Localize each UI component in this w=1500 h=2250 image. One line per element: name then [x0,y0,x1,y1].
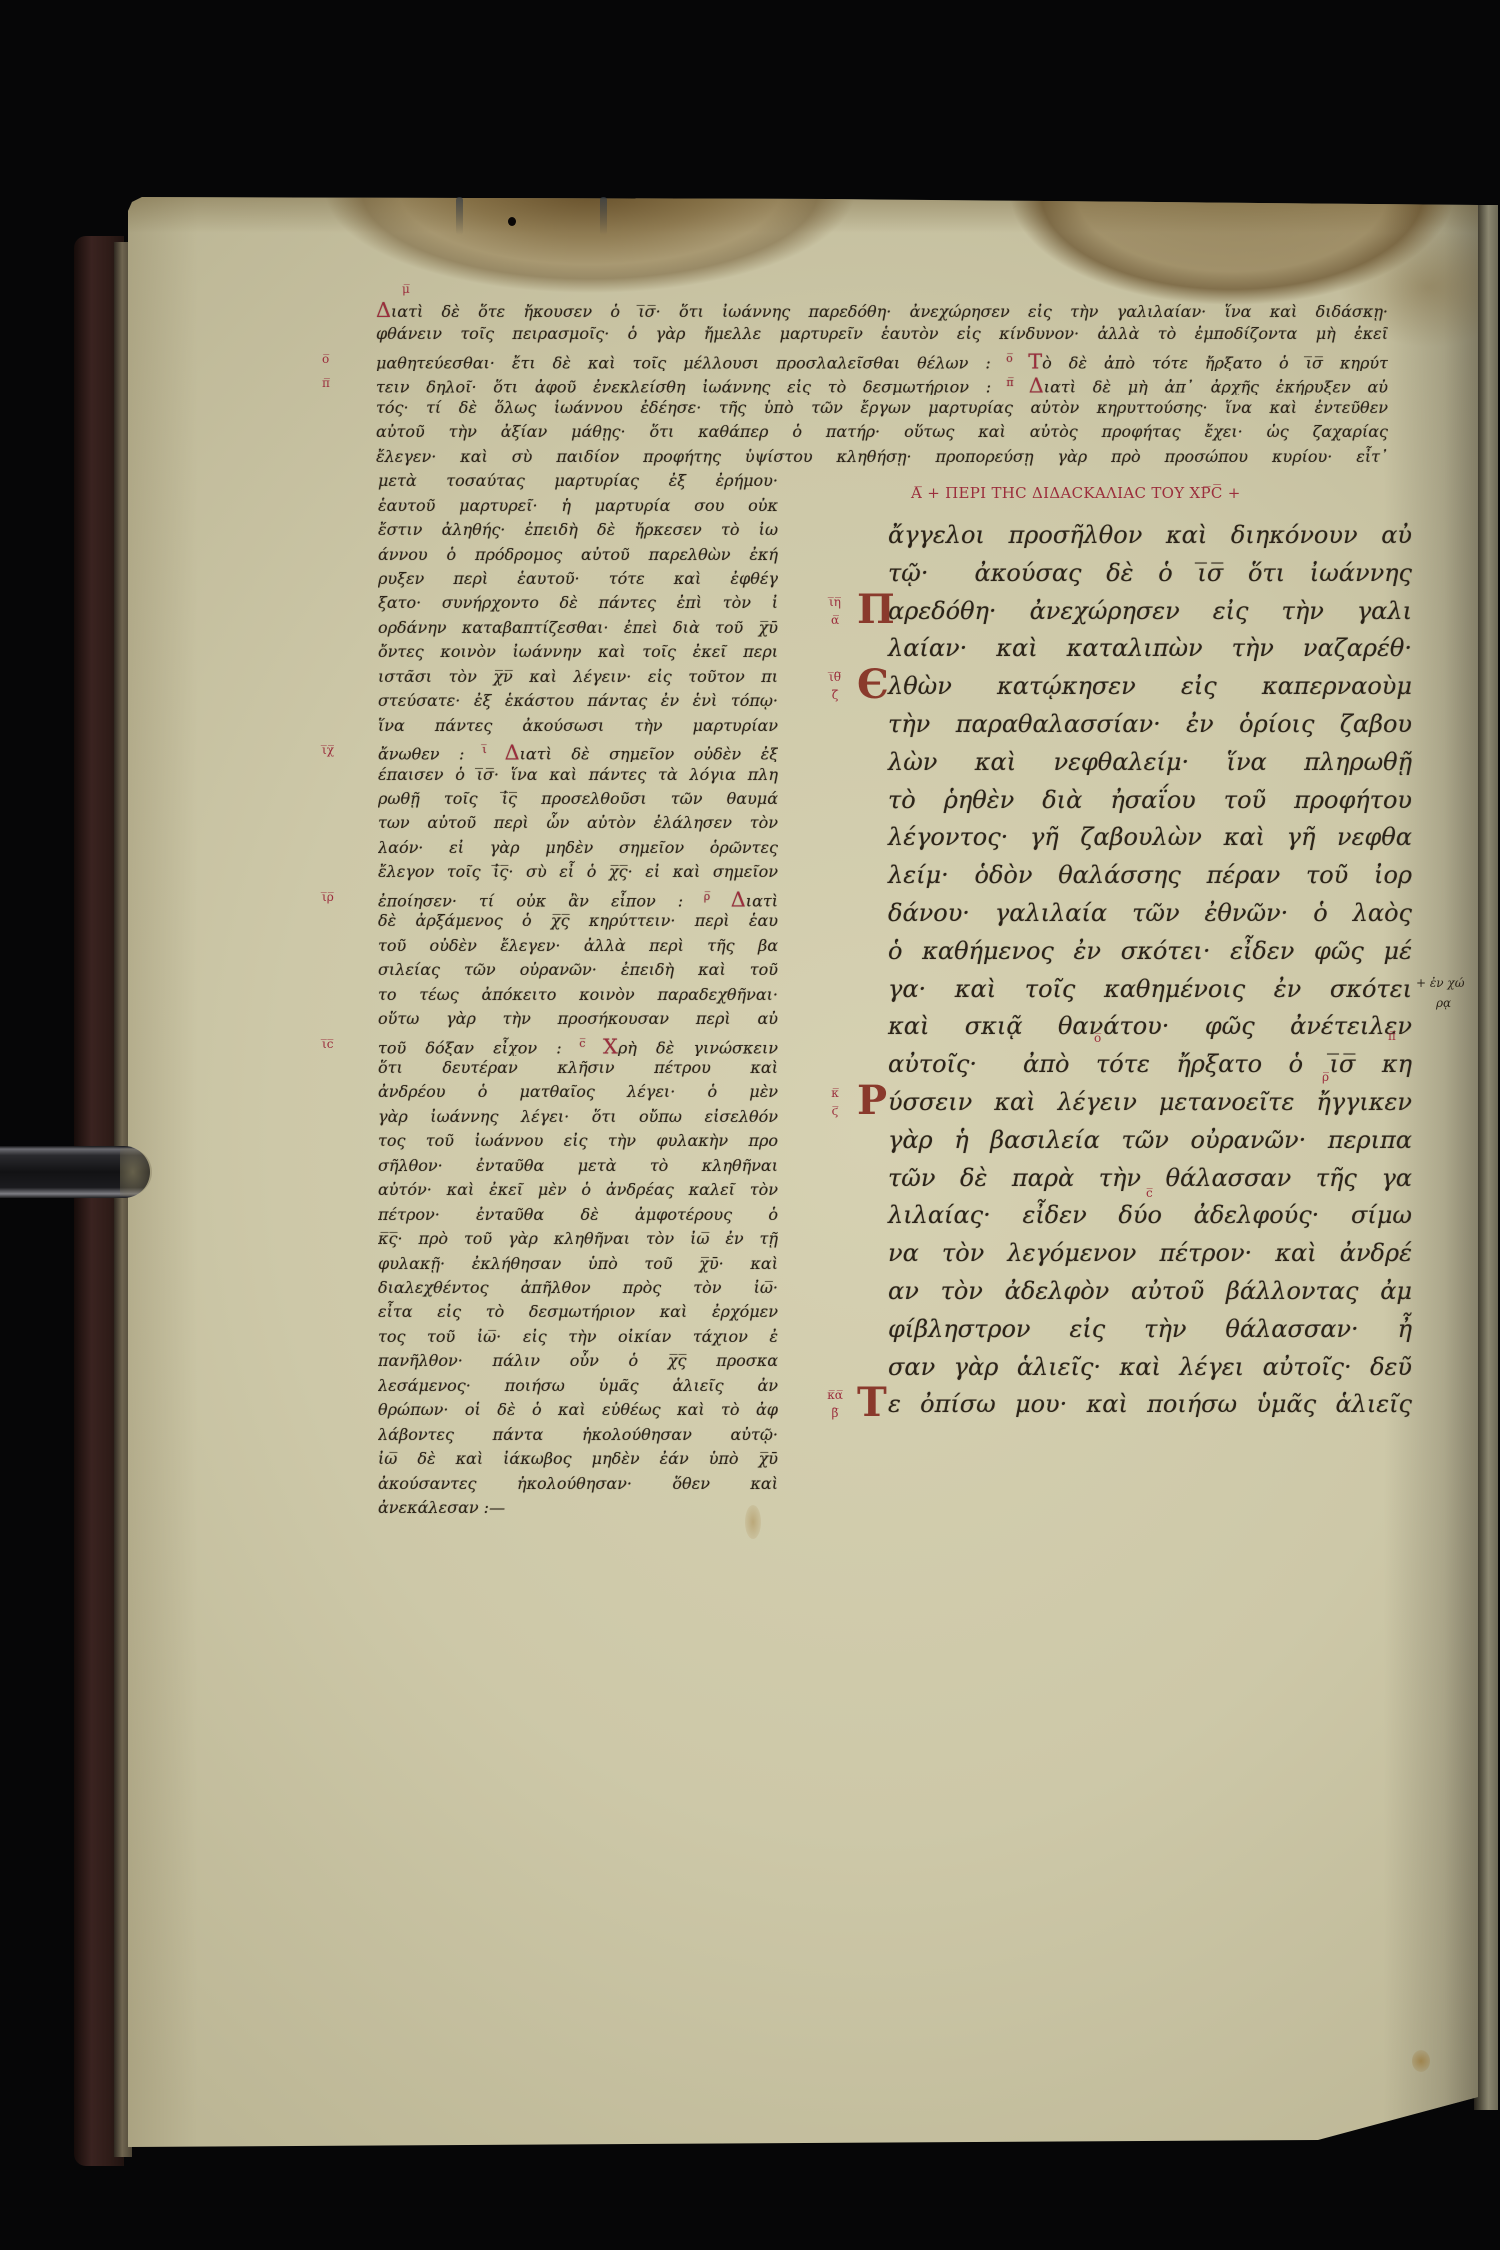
commentary-line: φυλακῇ· ἐκλήθησαν ὑπὸ τοῦ χ̅ῡ· καὶ [378,1252,778,1276]
line-text: ἀκούσαντες ἠκολούθησαν· ὅθεν καὶ [378,1474,778,1493]
line-text: ρὴ δὲ γινώσκειν [618,1038,778,1056]
line-text: ὄντες κοινὸν ἰωάννην καὶ τοῖς ἐκεῖ περι [378,642,778,661]
line-text: αὐτοῖς· [888,1050,977,1078]
line-text: λιλαίας· εἶδεν δύο ἀδελφούς· σίμω [888,1201,1412,1229]
commentary-line: εἶτα εἰς τὸ δεσμωτήριον καὶ ἐρχόμεν [378,1300,778,1324]
section-number: ι̅θ̅ [824,670,846,684]
gospel-line: Єλθὼν κατῴκησεν εἰς καπερναοὺμ [888,667,1412,705]
line-text: τὸ ῥηθὲν διὰ ἠσαΐου τοῦ προφήτου [888,786,1412,814]
line-text: πέτρον· ἐνταῦθα δὲ ἀμφοτέρους ὁ [378,1205,778,1224]
commentary-line: ἀκούσαντες ἠκολούθησαν· ὅθεν καὶ [378,1472,778,1496]
section-title: Α̅ + ΠΕΡΙ ΤΗC ΔΙΔΑCΚΑΛΙΑC ΤΟΥ ΧΡ̅C̅ + [911,482,1281,504]
gospel-line: καὶ σκιᾷ θανάτου· φῶς ἀνέτειλεν [888,1007,1412,1045]
commentary-line: ἄνωθεν : ι̅ Διατὶ δὲ σημεῖον οὐδὲν ἐξ [378,738,778,762]
line-text: λὼν καὶ νεφθαλείμ· ἵνα πληρωθῇ [888,748,1412,776]
commentary-line: λεσάμενος· ποιήσω ὑμᾶς ἁλιεῖς ἀν [378,1374,778,1398]
line-text: αρεδόθη· ἀνεχώρησεν εἰς τὴν γαλι [888,597,1412,625]
commentary-line: σῆλθον· ἐνταῦθα μετὰ τὸ κληθῆναι [378,1154,778,1178]
line-text: διαλεχθέντος ἀπῆλθον πρὸς τὸν ἰω̅· [378,1278,778,1297]
commentary-line: ορδάνην καταβαπτίζεσθαι· ἐπεὶ διὰ τοῦ χ̅… [378,616,778,640]
line-text: λείμ· ὁδὸν θαλάσσης πέραν τοῦ ἰορ [888,861,1412,889]
gospel-line: λαίαν· καὶ καταλιπὼν τὴν ναζαρέθ· [888,629,1412,667]
line-text: στεύσατε· ἐξ ἑκάστου πάντας ἐν ἑνὶ τόπῳ· [378,691,778,710]
commentary-line: έπαισεν ὁ ι̅σ̅· ἵνα καὶ πάντες τὰ λόγια … [378,763,778,787]
commentary-line: το τέως ἀπόκειτο κοινὸν παραδεχθῆναι· [378,983,778,1007]
line-text: ἔστιν ἀληθής· ἐπειδὴ δὲ ἤρκεσεν τὸ ἰω [378,520,778,539]
line-text: τοῦ δόξαν εἶχον : [378,1038,562,1056]
commentary-line: αὐτόν· καὶ ἐκεῖ μὲν ὁ ἀνδρέας καλεῖ τὸν [378,1178,778,1202]
line-text: ε ὀπίσω μου· καὶ ποιήσω ὑμᾶς ἁλιεῖς [888,1390,1412,1418]
commentary-line: πανῆλθον· πάλιν οὖν ὁ χ̅ς̅ προσκα [378,1349,778,1373]
line-text: φίβληστρον εἰς τὴν θάλασσαν· ἦ [888,1315,1412,1343]
commentary-line: οὕτω γὰρ τὴν προσήκουσαν περὶ αὐ [378,1007,778,1031]
section-number: ι̅η̅ [824,595,846,609]
line-text: ἄγγελοι προσῆλθον καὶ διηκόνουν αὐ [888,521,1412,549]
commentary-line: στεύσατε· ἐξ ἑκάστου πάντας ἐν ἑνὶ τόπῳ· [378,689,778,713]
line-text: των αὐτοῦ περὶ ὧν αὐτὸν ἐλάλησεν τὸν [378,813,778,832]
commentary-column: μετὰ τοσαύτας μαρτυρίας ἐξ ἐρήμου·ἑαυτοῦ… [378,0,778,2250]
section-number: κ̅ [824,1086,846,1100]
line-text: λάβοντες πάντα ἠκολούθησαν αὐτῷ· [378,1425,778,1444]
commentary-line: ἐποίησεν· τί οὐκ ἂν εἶπον : ρ̅ Διατὶ [378,885,778,909]
red-initial: Π [857,590,895,630]
line-text: ἰω̅ δὲ καὶ ἰάκωβος μηδὲν ἐάν ὑπὸ χ̅ῡ [378,1449,778,1468]
line-text: σαν γὰρ ἁλιεῖς· καὶ λέγει αὐτοῖς· δεῦ [888,1353,1412,1381]
gospel-line: αν τὸν ἀδελφὸν αὐτοῦ βάλλοντας ἀμ [888,1272,1412,1310]
line-text: κ̅ς̅· πρὸ τοῦ γὰρ κληθῆναι τὸν ἰω̅ ἐν τῇ [378,1229,778,1248]
left-margin-mark: ι̅χ̅ [322,744,334,756]
line-text: λθὼν κατῴκησεν εἰς καπερναοὺμ [888,672,1412,700]
gospel-line: δάνου· γαλιλαία τῶν ἐθνῶν· ὁ λαὸς [888,894,1412,932]
line-text: ορδάνην καταβαπτίζεσθαι· ἐπεὶ διὰ τοῦ χ̅… [378,618,778,637]
marginal-correction-note: + ἐν χώ [1416,976,1464,990]
commentary-line: πέτρον· ἐνταῦθα δὲ ἀμφοτέρους ὁ [378,1203,778,1227]
commentary-line: ρωθῇ τοῖς ἰ̅ς̅ προσελθοῦσι τῶν θαυμά [378,787,778,811]
line-text: τῷ· [888,559,928,587]
line-text: εἶτα εἰς τὸ δεσμωτήριον καὶ ἐρχόμεν [378,1302,778,1321]
line-text: το τέως ἀπόκειτο κοινὸν παραδεχθῆναι· [378,985,778,1004]
commentary-line: ὅτι δευτέραν κλῆσιν πέτρου καὶ [378,1056,778,1080]
commentary-line: σιλείας τῶν οὐρανῶν· ἐπειδὴ καὶ τοῦ [378,958,778,982]
commentary-line: ἔλεγον τοῖς ἰ̅ς̅· σὺ εἶ ὁ χ̅ς̅· εἰ καὶ σ… [378,860,778,884]
rubric-marker: ι̅ [464,743,504,756]
line-text: τος τοῦ ἰωάννου εἰς τὴν φυλακὴν προ [378,1131,778,1150]
line-text: έπαισεν ὁ ι̅σ̅· ἵνα καὶ πάντες τὰ λόγια … [378,765,778,784]
gospel-line: λιλαίας· εἶδεν δύο ἀδελφούς· σίμω [888,1196,1412,1234]
gospel-line: Τε ὀπίσω μου· καὶ ποιήσω ὑμᾶς ἁλιεῖς [888,1385,1412,1423]
line-text: ἵνα πάντες ἀκούσωσι τὴν μαρτυρίαν [378,716,778,735]
line-text: ὅτι δευτέραν κλῆσιν πέτρου καὶ [378,1058,778,1077]
red-initial: Δ [731,887,746,909]
interlinear-mark: c̅ [1146,1187,1153,1199]
commentary-line: ἑαυτοῦ μαρτυρεῖ· ἡ μαρτυρία σου οὐκ [378,494,778,518]
gospel-line: γὰρ ἡ βασιλεία τῶν οὐρανῶν· περιπα [888,1121,1412,1159]
gospel-line: τὴν παραθαλασσίαν· ἐν ὁρίοις ζαβου [888,705,1412,743]
line-text: λαίαν· καὶ καταλιπὼν τὴν ναζαρέθ· [888,634,1412,662]
gospel-line: ὁ καθήμενος ἐν σκότει· εἶδεν φῶς μέ [888,932,1412,970]
gospel-text-column: ἄγγελοι προσῆλθον καὶ διηκόνουν αὐτῷ·ἀκο… [888,0,1412,2250]
line-text: ύσσειν καὶ λέγειν μετανοεῖτε ἤγγικεν [888,1088,1412,1116]
commentary-line: των αὐτοῦ περὶ ὧν αὐτὸν ἐλάλησεν τὸν [378,811,778,835]
line-text: ρωθῇ τοῖς ἰ̅ς̅ προσελθοῦσι τῶν θαυμά [378,789,778,808]
commentary-line: τος τοῦ ἰω̅· εἰς τὴν οἰκίαν τάχιον ἐ [378,1325,778,1349]
line-text: ιατὶ δὲ σημεῖον οὐδὲν ἐξ [520,744,778,762]
line-text: καὶ σκιᾷ θανάτου· φῶς ἀνέτειλεν [888,1012,1412,1040]
red-initial: Χ [603,1034,618,1056]
line-text: σῆλθον· ἐνταῦθα μετὰ τὸ κληθῆναι [378,1156,778,1175]
line-text: ἀνεκάλεσαν :— [378,1498,505,1517]
red-initial: Ρ [857,1081,887,1121]
line-text: γα· καὶ τοῖς καθημένοις ἐν σκότει [888,975,1412,1003]
interlinear-mark: ο̅ [1094,1032,1101,1044]
section-canon: ϛ̅ [824,1104,846,1118]
line-text: ἐποίησεν· τί οὐκ ἂν εἶπον : [378,891,683,909]
commentary-line: ρυξεν περὶ ἑαυτοῦ· τότε καὶ ἐφθέγ [378,567,778,591]
line-text: ιατὶ [746,891,778,909]
line-text: ἀνδρέου ὁ ματθαῖος λέγει· ὁ μὲν [378,1082,778,1101]
line-text: αὐτόν· καὶ ἐκεῖ μὲν ὁ ἀνδρέας καλεῖ τὸν [378,1180,778,1199]
commentary-line: τοῦ δόξαν εἶχον : c̅ Χρὴ δὲ γινώσκειν [378,1032,778,1056]
gospel-line: λὼν καὶ νεφθαλείμ· ἵνα πληρωθῇ [888,743,1412,781]
commentary-line: δὲ ἀρξάμενος ὁ χ̅ς̅ κηρύττειν· περὶ ἑαυ [378,909,778,933]
commentary-line: ἰω̅ δὲ καὶ ἰάκωβος μηδὲν ἐάν ὑπὸ χ̅ῡ [378,1447,778,1471]
section-canon: β̅ [824,1406,846,1420]
line-text: ἑαυτοῦ μαρτυρεῖ· ἡ μαρτυρία σου οὐκ [378,496,778,515]
line-text: ξατο· συνήρχοντο δὲ πάντες ἐπὶ τὸν ἰ [378,593,778,612]
line-text: αν τὸν ἀδελφὸν αὐτοῦ βάλλοντας ἀμ [888,1277,1412,1305]
gospel-line: τῷ·ἀκούσας δὲ ὁ ι̅σ̅ ὅτι ἰωάννης [888,554,1412,592]
red-initial: Τ [857,1383,887,1423]
line-text: ἀπὸ τότε ἤρξατο ὁ ι̅σ̅ κη [1023,1050,1412,1078]
gospel-line: σαν γὰρ ἁλιεῖς· καὶ λέγει αὐτοῖς· δεῦ [888,1348,1412,1386]
red-initial: Δ [505,740,520,762]
commentary-line: ἀνδρέου ὁ ματθαῖος λέγει· ὁ μὲν [378,1080,778,1104]
line-text: ἔλεγον τοῖς ἰ̅ς̅· σὺ εἶ ὁ χ̅ς̅· εἰ καὶ σ… [378,862,778,881]
line-text: δάνου· γαλιλαία τῶν ἐθνῶν· ὁ λαὸς [888,899,1412,927]
gospel-line: Παρεδόθη· ἀνεχώρησεν εἰς τὴν γαλι [888,592,1412,630]
interlinear-mark: ρ̅ [1322,1071,1329,1083]
line-text: μετὰ τοσαύτας μαρτυρίας ἐξ ἐρήμου· [378,471,778,490]
commentary-line: θρώπων· οἱ δὲ ὁ καὶ εὐθέως καὶ τὸ ἀφ [378,1398,778,1422]
line-text: ἀκούσας δὲ ὁ ι̅σ̅ ὅτι ἰωάννης [974,559,1412,587]
red-initial: Є [857,665,889,705]
commentary-line: τος τοῦ ἰωάννου εἰς τὴν φυλακὴν προ [378,1129,778,1153]
commentary-line: μετὰ τοσαύτας μαρτυρίας ἐξ ἐρήμου· [378,469,778,493]
rubric-marker: ρ̅ [683,890,731,903]
commentary-line: λάβοντες πάντα ἠκολούθησαν αὐτῷ· [378,1423,778,1447]
stain-spot [1412,2050,1430,2072]
left-margin-mark: ι̅ρ̅ [322,891,334,903]
line-text: λαόν· εἰ γὰρ μηδὲν σημεῖον ὁρῶντες [378,838,778,857]
interlinear-mark: μ̅ [402,283,410,295]
line-text: δὲ ἀρξάμενος ὁ χ̅ς̅ κηρύττειν· περὶ ἑαυ [378,911,778,930]
line-text: γὰρ ἡ βασιλεία τῶν οὐρανῶν· περιπα [888,1126,1412,1154]
commentary-line: ἔστιν ἀληθής· ἐπειδὴ δὲ ἤρκεσεν τὸ ἰω [378,518,778,542]
left-margin-mark: ο̅ [322,353,329,365]
line-text: γὰρ ἰωάννης λέγει· ὅτι οὔπω εἰσελθόν [378,1107,778,1126]
marginal-correction-note: ρᾳ [1436,996,1451,1010]
gospel-line: Ρύσσειν καὶ λέγειν μετανοεῖτε ἤγγικεν [888,1083,1412,1121]
line-text: τος τοῦ ἰω̅· εἰς τὴν οἰκίαν τάχιον ἐ [378,1327,778,1346]
line-text: να τὸν λεγόμενον πέτρον· καὶ ἀνδρέ [888,1239,1412,1267]
gospel-line: γα· καὶ τοῖς καθημένοις ἐν σκότει [888,970,1412,1008]
commentary-line: τοῦ οὐδὲν ἔλεγεν· ἀλλὰ περὶ τῆς βα [378,934,778,958]
gospel-line: λείμ· ὁδὸν θαλάσσης πέραν τοῦ ἰορ [888,856,1412,894]
gospel-line: τὸ ῥηθὲν διὰ ἠσαΐου τοῦ προφήτου [888,781,1412,819]
commentary-line: ξατο· συνήρχοντο δὲ πάντες ἐπὶ τὸν ἰ [378,591,778,615]
rubric-marker: c̅ [562,1037,603,1050]
commentary-line: κ̅ς̅· πρὸ τοῦ γὰρ κληθῆναι τὸν ἰω̅ ἐν τῇ [378,1227,778,1251]
line-text: οὕτω γὰρ τὴν προσήκουσαν περὶ αὐ [378,1009,778,1028]
commentary-line: διαλεχθέντος ἀπῆλθον πρὸς τὸν ἰω̅· [378,1276,778,1300]
line-text: τὴν παραθαλασσίαν· ἐν ὁρίοις ζαβου [888,710,1412,738]
commentary-line: άννου ὁ πρόδρομος αὐτοῦ παρελθὼν ἐκή [378,543,778,567]
line-text: ἄνωθεν : [378,744,464,762]
line-text: άννου ὁ πρόδρομος αὐτοῦ παρελθὼν ἐκή [378,545,778,564]
left-margin-mark: ι̅c̅ [322,1038,333,1050]
line-text: πανῆλθον· πάλιν οὖν ὁ χ̅ς̅ προσκα [378,1351,778,1370]
section-canon: α̅ [824,613,846,627]
commentary-line: ιστᾶσι τὸν χ̅ν̅ καὶ λέγειν· εἰς τοῦτον π… [378,665,778,689]
line-text: ρυξεν περὶ ἑαυτοῦ· τότε καὶ ἐφθέγ [378,569,778,588]
gospel-line: ἄγγελοι προσῆλθον καὶ διηκόνουν αὐ [888,516,1412,554]
section-canon: ζ̅ [824,688,846,702]
commentary-line: ἀνεκάλεσαν :— [378,1496,778,1520]
section-number: κ̅α̅ [824,1388,846,1402]
left-margin-mark: π̅ [322,377,330,389]
line-text: σιλείας τῶν οὐρανῶν· ἐπειδὴ καὶ τοῦ [378,960,778,979]
gospel-line: αὐτοῖς·ἀπὸ τότε ἤρξατο ὁ ι̅σ̅ κη [888,1045,1412,1083]
interlinear-mark: π̅ [1388,1030,1396,1042]
line-text: τοῦ οὐδὲν ἔλεγεν· ἀλλὰ περὶ τῆς βα [378,936,778,955]
commentary-line: ἵνα πάντες ἀκούσωσι τὴν μαρτυρίαν [378,714,778,738]
line-text: λεσάμενος· ποιήσω ὑμᾶς ἁλιεῖς ἀν [378,1376,778,1395]
line-text: λέγοντος· γῆ ζαβουλὼν καὶ γῆ νεφθα [888,823,1412,851]
commentary-line: γὰρ ἰωάννης λέγει· ὅτι οὔπω εἰσελθόν [378,1105,778,1129]
gospel-line: λέγοντος· γῆ ζαβουλὼν καὶ γῆ νεφθα [888,818,1412,856]
gospel-line: φίβληστρον εἰς τὴν θάλασσαν· ἦ [888,1310,1412,1348]
gospel-line: να τὸν λεγόμενον πέτρον· καὶ ἀνδρέ [888,1234,1412,1272]
line-text: ιστᾶσι τὸν χ̅ν̅ καὶ λέγειν· εἰς τοῦτον π… [378,667,778,686]
line-text: θρώπων· οἱ δὲ ὁ καὶ εὐθέως καὶ τὸ ἀφ [378,1400,778,1419]
commentary-line: ὄντες κοινὸν ἰωάννην καὶ τοῖς ἐκεῖ περι [378,640,778,664]
commentary-line: λαόν· εἰ γὰρ μηδὲν σημεῖον ὁρῶντες [378,836,778,860]
line-text: φυλακῇ· ἐκλήθησαν ὑπὸ τοῦ χ̅ῡ· καὶ [378,1254,778,1273]
line-text: ὁ καθήμενος ἐν σκότει· εἶδεν φῶς μέ [888,937,1412,965]
